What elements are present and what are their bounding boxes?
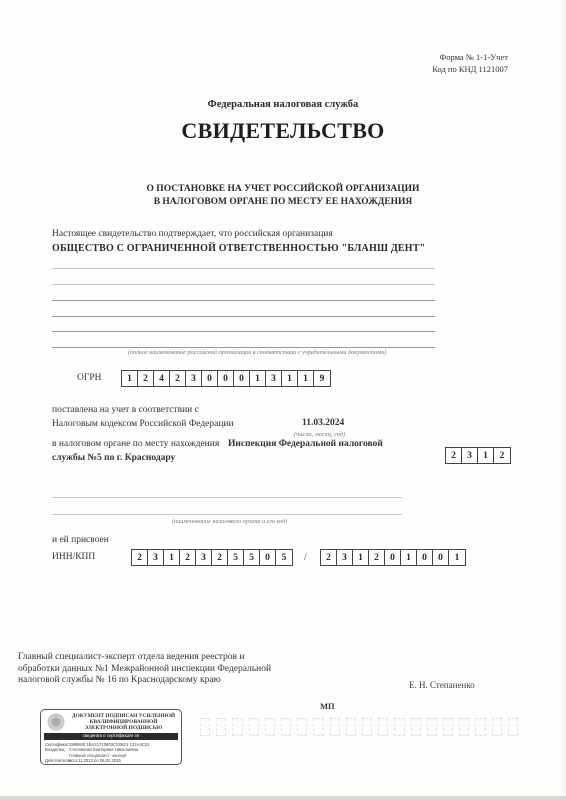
subtitle-line-1: О ПОСТАНОВКЕ НА УЧЕТ РОССИЙСКОЙ ОРГАНИЗА…: [0, 183, 566, 196]
digit-cell: 2: [180, 550, 196, 565]
digit-cell: 1: [401, 550, 417, 565]
organization-name: ОБЩЕСТВО С ОГРАНИЧЕННОЙ ОТВЕТСТВЕННОСТЬЮ…: [52, 243, 425, 254]
digit-cell: 5: [228, 550, 244, 565]
digit-cell: 3: [462, 448, 478, 463]
digit-cell: 9: [314, 371, 330, 386]
faint-stamp-impression: [200, 718, 518, 734]
place-prefix: в налоговом органе по месту нахождения: [52, 439, 219, 449]
digit-cell: 1: [298, 371, 314, 386]
digit-cell: 1: [478, 448, 494, 463]
stamp-heading: ДОКУМЕНТ ПОДПИСАН УСИЛЕННОЙ КВАЛИФИЦИРОВ…: [69, 713, 178, 732]
digit-cell: 0: [202, 371, 218, 386]
form-meta: Форма № 1-1-Учет Код по КНД 1121007: [432, 51, 508, 75]
document-title: СВИДЕТЕЛЬСТВО: [0, 118, 566, 144]
digit-cell: 1: [353, 550, 369, 565]
authority-code-boxes: 2312: [445, 447, 511, 464]
digit-cell: 2: [369, 550, 385, 565]
knd-code: Код по КНД 1121007: [432, 63, 508, 75]
blank-line: [52, 347, 435, 348]
digit-cell: 5: [276, 550, 292, 565]
blank-line: [52, 497, 402, 498]
digit-cell: 1: [282, 371, 298, 386]
digit-cell: 1: [122, 371, 138, 386]
coat-of-arms-icon: [45, 713, 67, 731]
digit-cell: 1: [250, 371, 266, 386]
digit-cell: 2: [494, 448, 510, 463]
blank-line: [52, 316, 435, 317]
page-bottom-edge: [0, 796, 566, 800]
digit-cell: 3: [266, 371, 282, 386]
signer-position: Главный специалист-эксперт отдела ведени…: [18, 652, 278, 687]
digit-cell: 2: [446, 448, 462, 463]
agency-name: Федеральная налоговая служба: [0, 99, 566, 110]
digit-cell: 1: [449, 550, 465, 565]
digit-cell: 5: [244, 550, 260, 565]
digit-cell: 0: [433, 550, 449, 565]
signer-name: Е. Н. Степаненко: [409, 680, 475, 690]
intro-text: Настоящее свидетельство подтверждает, чт…: [52, 229, 333, 239]
digit-cell: 0: [234, 371, 250, 386]
e-signature-stamp: ДОКУМЕНТ ПОДПИСАН УСИЛЕННОЙ КВАЛИФИЦИРОВ…: [40, 709, 182, 765]
stamp-row: Действителен:с 14.11.2023 по 06.02.2025: [45, 758, 178, 763]
digit-cell: 2: [321, 550, 337, 565]
kpp-boxes: 231201001: [320, 549, 466, 566]
assigned-label: и ей присвоен: [52, 535, 109, 545]
authority-caption: (наименование налогового органа и его ко…: [172, 518, 287, 525]
ogrn-boxes: 1242300013119: [121, 370, 331, 387]
digit-cell: 0: [260, 550, 276, 565]
authority-line-2: службы №5 по г. Краснодару: [52, 453, 175, 463]
digit-cell: 3: [337, 550, 353, 565]
blank-line: [52, 284, 435, 285]
stamp-bar: сведения о сертификате эп: [44, 733, 178, 740]
date-caption: (число, месяц, год): [294, 431, 345, 438]
digit-cell: 1: [164, 550, 180, 565]
seal-label: МП: [320, 701, 335, 711]
digit-cell: 0: [385, 550, 401, 565]
stamp-details: Сертификат:2888845 1BA2171080ЗСЕ0821 1З2…: [45, 742, 178, 763]
inn-boxes: 2312325505: [131, 549, 293, 566]
form-number: Форма № 1-1-Учет: [432, 51, 508, 63]
digit-cell: 0: [218, 371, 234, 386]
inn-kpp-separator: /: [304, 553, 307, 563]
digit-cell: 4: [154, 371, 170, 386]
ogrn-label: ОГРН: [77, 373, 102, 383]
digit-cell: 0: [417, 550, 433, 565]
digit-cell: 2: [170, 371, 186, 386]
subtitle-line-2: В НАЛОГОВОМ ОРГАНЕ ПО МЕСТУ ЕЕ НАХОЖДЕНИ…: [0, 196, 566, 209]
document-subtitle: О ПОСТАНОВКЕ НА УЧЕТ РОССИЙСКОЙ ОРГАНИЗА…: [0, 183, 566, 209]
digit-cell: 3: [196, 550, 212, 565]
digit-cell: 2: [138, 371, 154, 386]
digit-cell: 2: [132, 550, 148, 565]
registration-date: 11.03.2024: [302, 418, 344, 428]
digit-cell: 3: [186, 371, 202, 386]
blank-line: [52, 268, 435, 269]
blank-line: [52, 331, 435, 332]
blank-line: [52, 300, 435, 301]
blank-line: [52, 514, 402, 515]
registration-line-1: поставлена на учет в соответствии с: [52, 405, 199, 415]
org-name-caption: (полное наименование российской организа…: [128, 349, 386, 356]
digit-cell: 2: [212, 550, 228, 565]
inn-kpp-label: ИНН/КПП: [52, 552, 95, 562]
registration-line-2: Налоговым кодексом Российской Федерации: [52, 419, 234, 429]
digit-cell: 3: [148, 550, 164, 565]
authority-line-1: Инспекция Федеральной налоговой: [228, 439, 383, 449]
